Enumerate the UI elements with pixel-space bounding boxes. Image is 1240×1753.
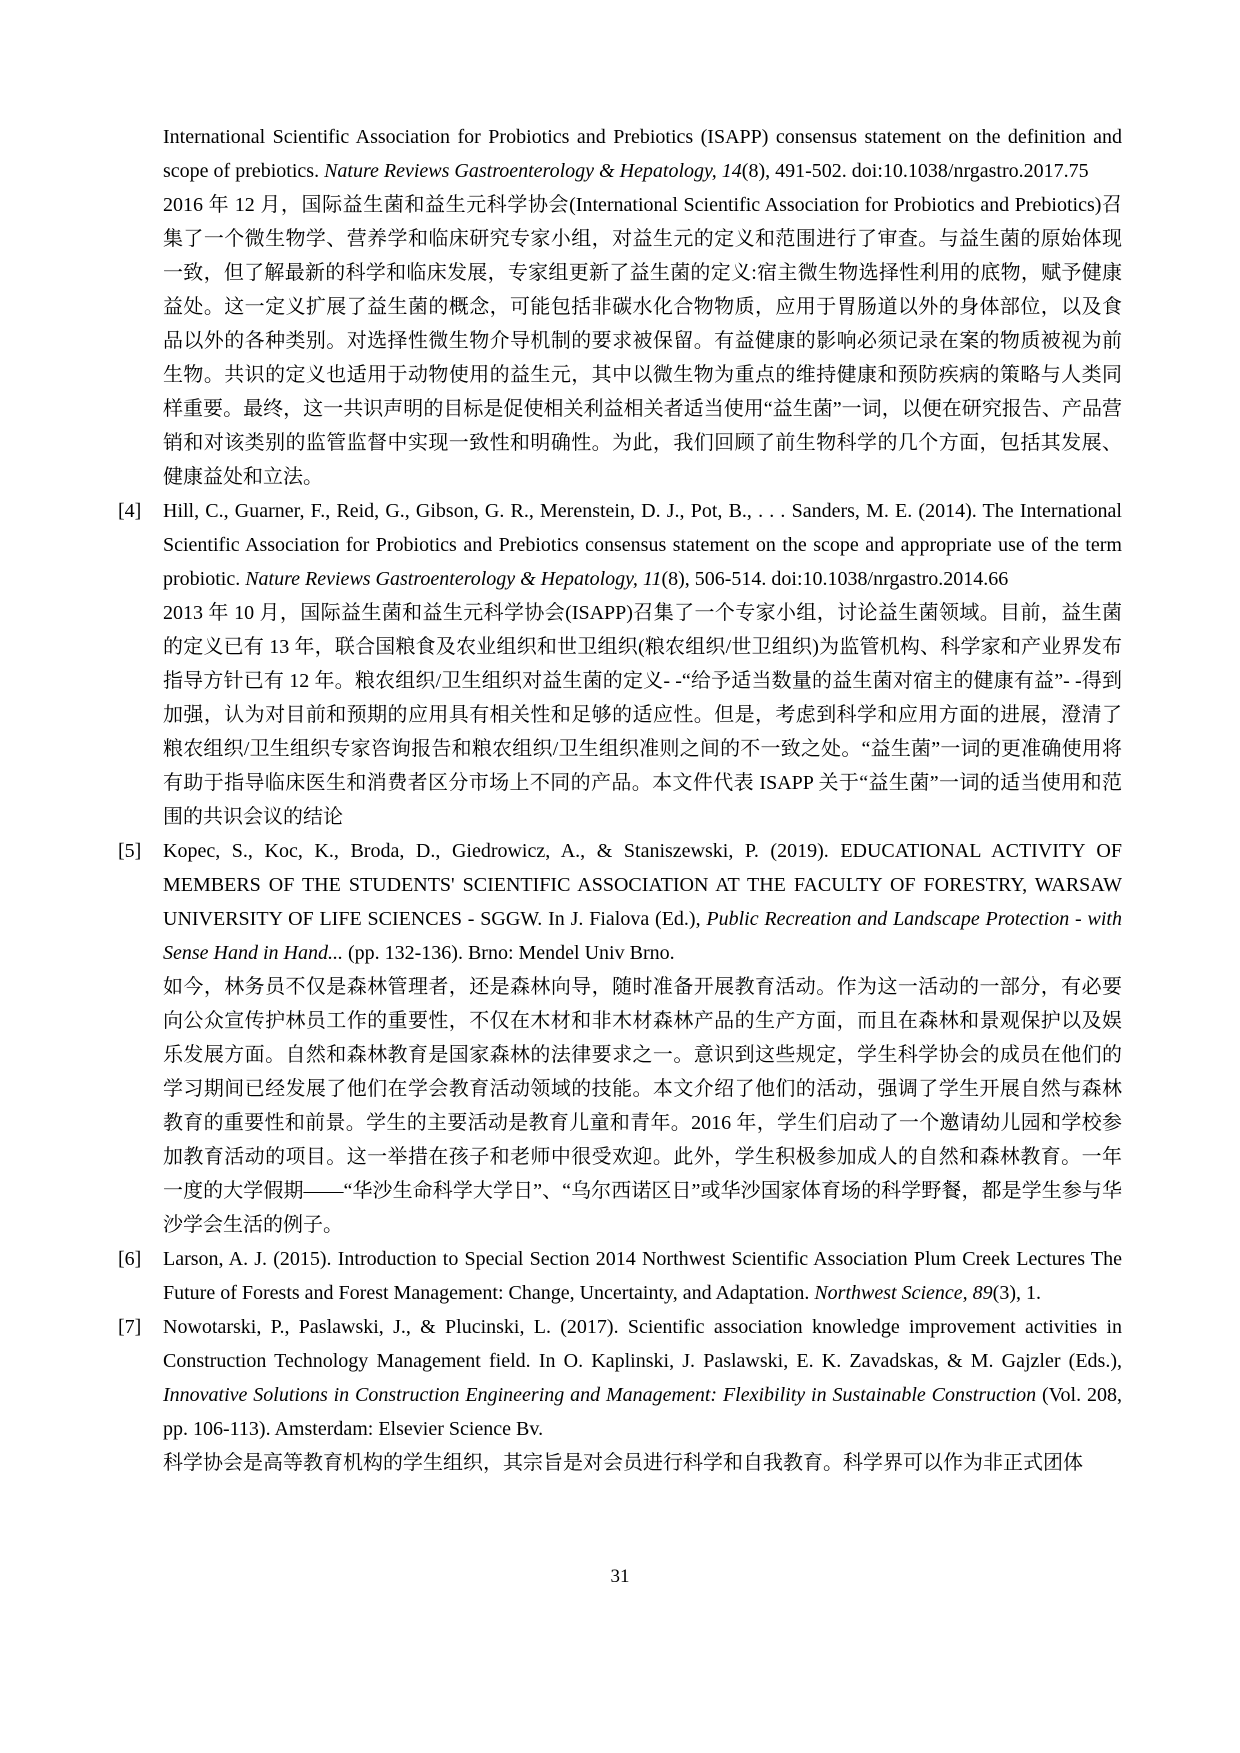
- document-page: International Scientific Association for…: [0, 0, 1240, 1753]
- reference-citation: Larson, A. J. (2015). Introduction to Sp…: [163, 1242, 1122, 1310]
- citation-italic-segment: Nature Reviews Gastroenterology & Hepato…: [324, 160, 742, 182]
- reference-item: [5] Kopec, S., Koc, K., Broda, D., Giedr…: [118, 834, 1122, 1242]
- reference-label: [6]: [118, 1242, 141, 1276]
- reference-item: [6] Larson, A. J. (2015). Introduction t…: [118, 1242, 1122, 1310]
- reference-label: [7]: [118, 1310, 141, 1344]
- reference-citation: International Scientific Association for…: [163, 120, 1122, 188]
- reference-citation: Hill, C., Guarner, F., Reid, G., Gibson,…: [163, 494, 1122, 596]
- citation-text-segment: Nowotarski, P., Paslawski, J., & Plucins…: [163, 1316, 1122, 1372]
- reference-item: [4] Hill, C., Guarner, F., Reid, G., Gib…: [118, 494, 1122, 834]
- citation-text-segment: (3), 1.: [993, 1282, 1041, 1304]
- citation-text-segment: (8), 491-502. doi:10.1038/nrgastro.2017.…: [742, 160, 1089, 182]
- reference-item: International Scientific Association for…: [118, 120, 1122, 494]
- reference-annotation-chinese: 如今，林务员不仅是森林管理者，还是森林向导，随时准备开展教育活动。作为这一活动的…: [163, 970, 1122, 1242]
- citation-italic-segment: Innovative Solutions in Construction Eng…: [163, 1384, 1036, 1406]
- reference-annotation-chinese: 2013 年 10 月，国际益生菌和益生元科学协会(ISAPP)召集了一个专家小…: [163, 596, 1122, 834]
- citation-italic-segment: Northwest Science, 89: [814, 1282, 992, 1304]
- reference-annotation-chinese: 科学协会是高等教育机构的学生组织，其宗旨是对会员进行科学和自我教育。科学界可以作…: [163, 1446, 1122, 1480]
- references-list: International Scientific Association for…: [118, 120, 1122, 1480]
- reference-annotation-chinese: 2016 年 12 月，国际益生菌和益生元科学协会(International …: [163, 188, 1122, 494]
- reference-label: [4]: [118, 494, 141, 528]
- reference-item: [7] Nowotarski, P., Paslawski, J., & Plu…: [118, 1310, 1122, 1480]
- reference-citation: Nowotarski, P., Paslawski, J., & Plucins…: [163, 1310, 1122, 1446]
- reference-citation: Kopec, S., Koc, K., Broda, D., Giedrowic…: [163, 834, 1122, 970]
- reference-label: [5]: [118, 834, 141, 868]
- page-number: 31: [611, 1566, 630, 1587]
- citation-text-segment: (8), 506-514. doi:10.1038/nrgastro.2014.…: [661, 568, 1008, 590]
- citation-italic-segment: Nature Reviews Gastroenterology & Hepato…: [245, 568, 661, 590]
- page-footer: 31: [0, 1562, 1240, 1592]
- citation-text-segment: (pp. 132-136). Brno: Mendel Univ Brno.: [343, 942, 675, 964]
